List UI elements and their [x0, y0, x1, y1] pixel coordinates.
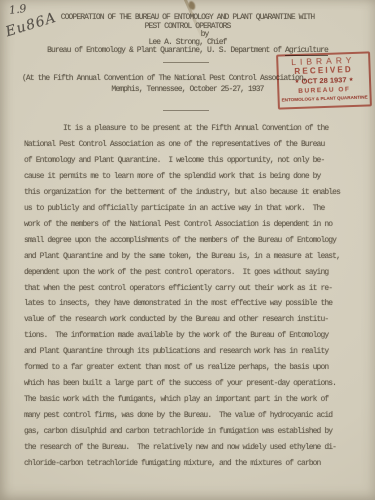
affiliation-text: Bureau of Entomology & Plant Quarantine,… [47, 46, 285, 55]
document-page: 1.9 Eu86A COOPERATION OF THE BUREAU OF E… [0, 0, 375, 500]
body-paragraph: It is a pleasure to be present at the Fi… [24, 121, 359, 472]
event-line1: (At the Fifth Annual Convention of The N… [22, 74, 307, 83]
stamp-star-right-icon: ★ [349, 77, 354, 83]
typed-divider-bottom [163, 110, 209, 111]
document-title-line1: COOPERATION OF THE BUREAU OF ENTOMOLOGY … [0, 13, 375, 22]
stamp-date: OCT 28 1937 [301, 75, 346, 86]
library-received-stamp: LIBRARY RECEIVED ★ OCT 28 1937 ★ BUREAU … [276, 51, 372, 109]
typed-divider-top [163, 62, 209, 63]
stamp-star-left-icon: ★ [294, 79, 299, 85]
